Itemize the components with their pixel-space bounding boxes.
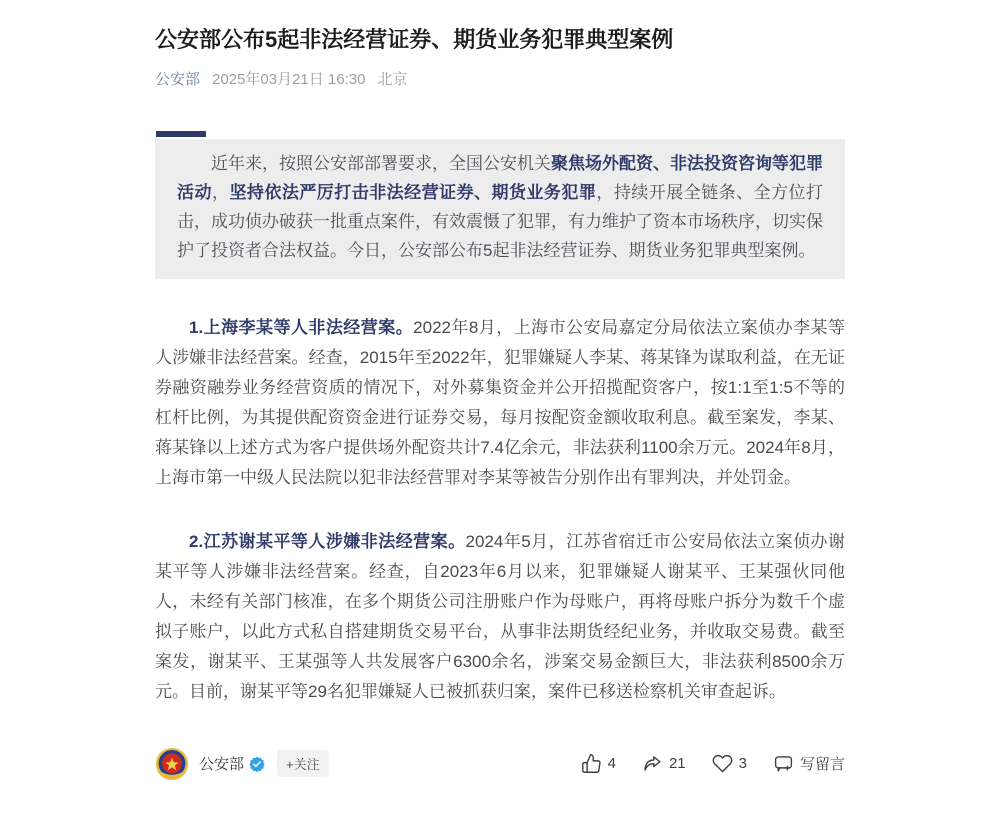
follow-button[interactable]: +关注 (277, 750, 329, 777)
police-emblem-icon (155, 747, 189, 781)
share-button[interactable]: 21 (642, 753, 686, 774)
heart-icon (712, 753, 733, 774)
case-paragraph-2: 2.江苏谢某平等人涉嫌非法经营案。2024年5月，江苏省宿迁市公安局依法立案侦办… (155, 527, 845, 707)
like-count: 4 (608, 755, 616, 772)
case-2-heading: 2.江苏谢某平等人涉嫌非法经营案。 (189, 532, 466, 551)
article-footer: 公安部 +关注 4 (155, 747, 845, 781)
heart-count: 3 (739, 755, 747, 772)
share-arrow-icon (642, 753, 663, 774)
case-1-body: 2022年8月，上海市公安局嘉定分局依法立案侦办李某等人涉嫌非法经营案。经查，2… (155, 318, 845, 487)
case-2-body: 2024年5月，江苏省宿迁市公安局依法立案侦办谢某平等人涉嫌非法经营案。经查，自… (155, 532, 845, 701)
lead-paragraph: 近年来，按照公安部部署要求，全国公安机关聚焦场外配资、非法投资咨询等犯罪活动，坚… (177, 149, 823, 265)
comment-label: 写留言 (800, 753, 845, 774)
article-page: 公安部公布5起非法经营证券、期货业务犯罪典型案例 公安部 2025年03月21日… (0, 0, 1000, 839)
case-paragraph-1: 1.上海李某等人非法经营案。2022年8月，上海市公安局嘉定分局依法立案侦办李某… (155, 313, 845, 493)
lead-text-pre: 近年来，按照公安部部署要求，全国公安机关 (211, 154, 551, 173)
heart-button[interactable]: 3 (712, 753, 747, 774)
lead-text-mid: ， (212, 183, 229, 202)
lead-summary-box: 近年来，按照公安部部署要求，全国公安机关聚焦场外配资、非法投资咨询等犯罪活动，坚… (155, 139, 845, 279)
comment-button[interactable]: 写留言 (773, 753, 845, 774)
case-1-heading: 1.上海李某等人非法经营案。 (189, 318, 413, 337)
share-count: 21 (669, 755, 686, 772)
like-button[interactable]: 4 (581, 753, 616, 774)
lead-accent-bar (156, 131, 206, 137)
article-title: 公安部公布5起非法经营证券、期货业务犯罪典型案例 (155, 24, 845, 56)
police-emblem-avatar[interactable] (155, 747, 189, 781)
footer-account-name[interactable]: 公安部 (199, 753, 244, 774)
comment-bubble-icon (773, 753, 794, 774)
verified-badge-icon (249, 756, 265, 772)
byline-author-link[interactable]: 公安部 (155, 68, 200, 89)
byline-location: 北京 (377, 68, 407, 89)
byline-datetime: 2025年03月21日 16:30 (212, 68, 365, 89)
lead-text-bold-2: 坚持依法严厉打击非法经营证券、期货业务犯罪 (229, 183, 596, 202)
action-bar: 4 21 3 (581, 753, 845, 774)
byline: 公安部 2025年03月21日 16:30 北京 (155, 68, 845, 89)
thumbs-up-icon (581, 753, 602, 774)
